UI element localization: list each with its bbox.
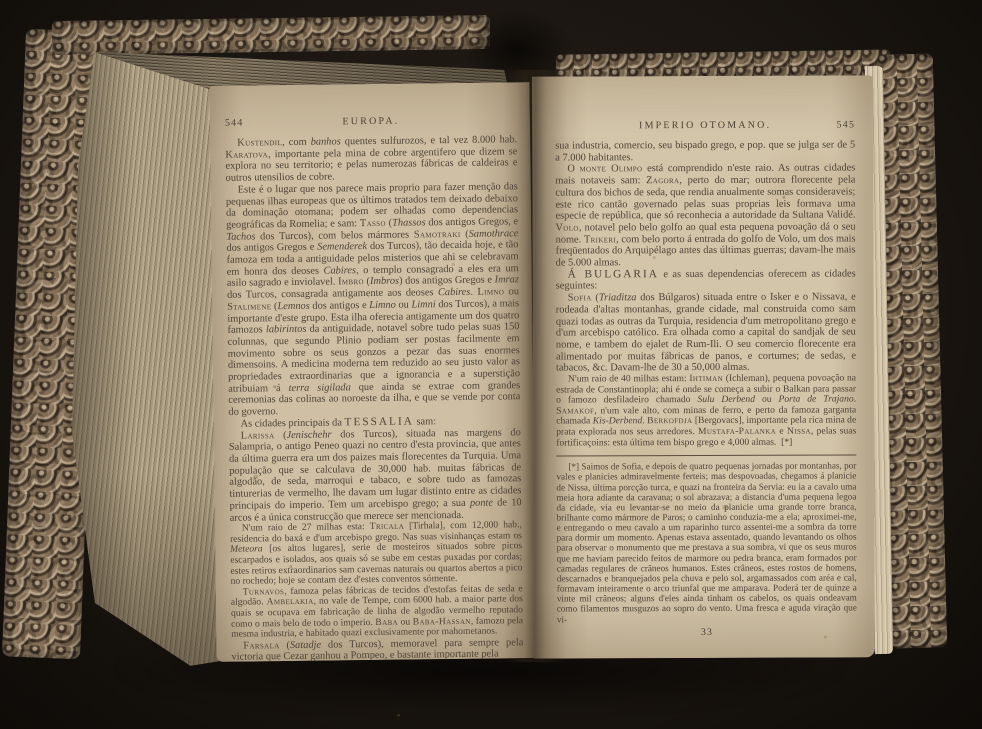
paragraph: O monte Olimpo está comprendido n'este r…	[555, 163, 855, 269]
photo-background: 544 EUROPA. Kustendil, com banhos quente…	[0, 0, 982, 729]
left-running-head: 544 EUROPA.	[225, 114, 517, 129]
paragraph: N'um raio de 27 milhas esta: Tricala [Ti…	[230, 520, 523, 587]
paragraph: [*] Saimos de Sofia, e depois de quatro …	[556, 461, 857, 625]
right-page-number: 545	[813, 119, 855, 130]
paragraph: Farsala (Satadje dos Turcos), memoravel …	[231, 637, 523, 664]
right-page-body: sua industria, comercio, seu bispado gre…	[555, 139, 856, 448]
paragraph: Kustendil, com banhos quentes sulfurozos…	[225, 134, 518, 184]
right-running-head: IMPERIO OTOMANO. 545	[555, 119, 855, 131]
top-cover-marbled-edge	[52, 15, 490, 55]
paragraph: Á BULGARIA e as suas dependencias oferec…	[556, 268, 856, 292]
paragraph: Larissa (Jenischehr dos Turcos), situada…	[229, 427, 522, 524]
right-page-text-column: IMPERIO OTOMANO. 545 sua industria, come…	[555, 119, 857, 638]
left-page-number: 544	[225, 117, 267, 129]
paragraph: Este é o lugar que nos parece mais propr…	[226, 181, 521, 419]
left-running-title: EUROPA.	[267, 115, 475, 129]
right-running-title: IMPERIO OTOMANO.	[597, 120, 813, 132]
left-page: 544 EUROPA. Kustendil, com banhos quente…	[209, 82, 536, 662]
left-page-text-column: 544 EUROPA. Kustendil, com banhos quente…	[225, 114, 524, 664]
paragraph: Turnavos, famoza pelas fábricas de tecid…	[231, 584, 524, 641]
paragraph: sua industria, comercio, seu bispado gre…	[555, 139, 855, 163]
paragraph: N'um raio de 40 milhas estam: Ihtiman (I…	[556, 374, 856, 449]
right-page: IMPERIO OTOMANO. 545 sua industria, come…	[532, 75, 875, 658]
signature-number: 33	[557, 626, 857, 638]
gutter-shadow	[503, 70, 567, 662]
right-page-footnote: [*] Saimos de Sofia, e depois de quatro …	[556, 461, 857, 625]
left-page-body: Kustendil, com banhos quentes sulfurozos…	[225, 134, 523, 664]
footnote-rule	[556, 455, 856, 457]
paragraph: Sofia (Triaditza dos Búlgaros) situada e…	[556, 292, 856, 375]
